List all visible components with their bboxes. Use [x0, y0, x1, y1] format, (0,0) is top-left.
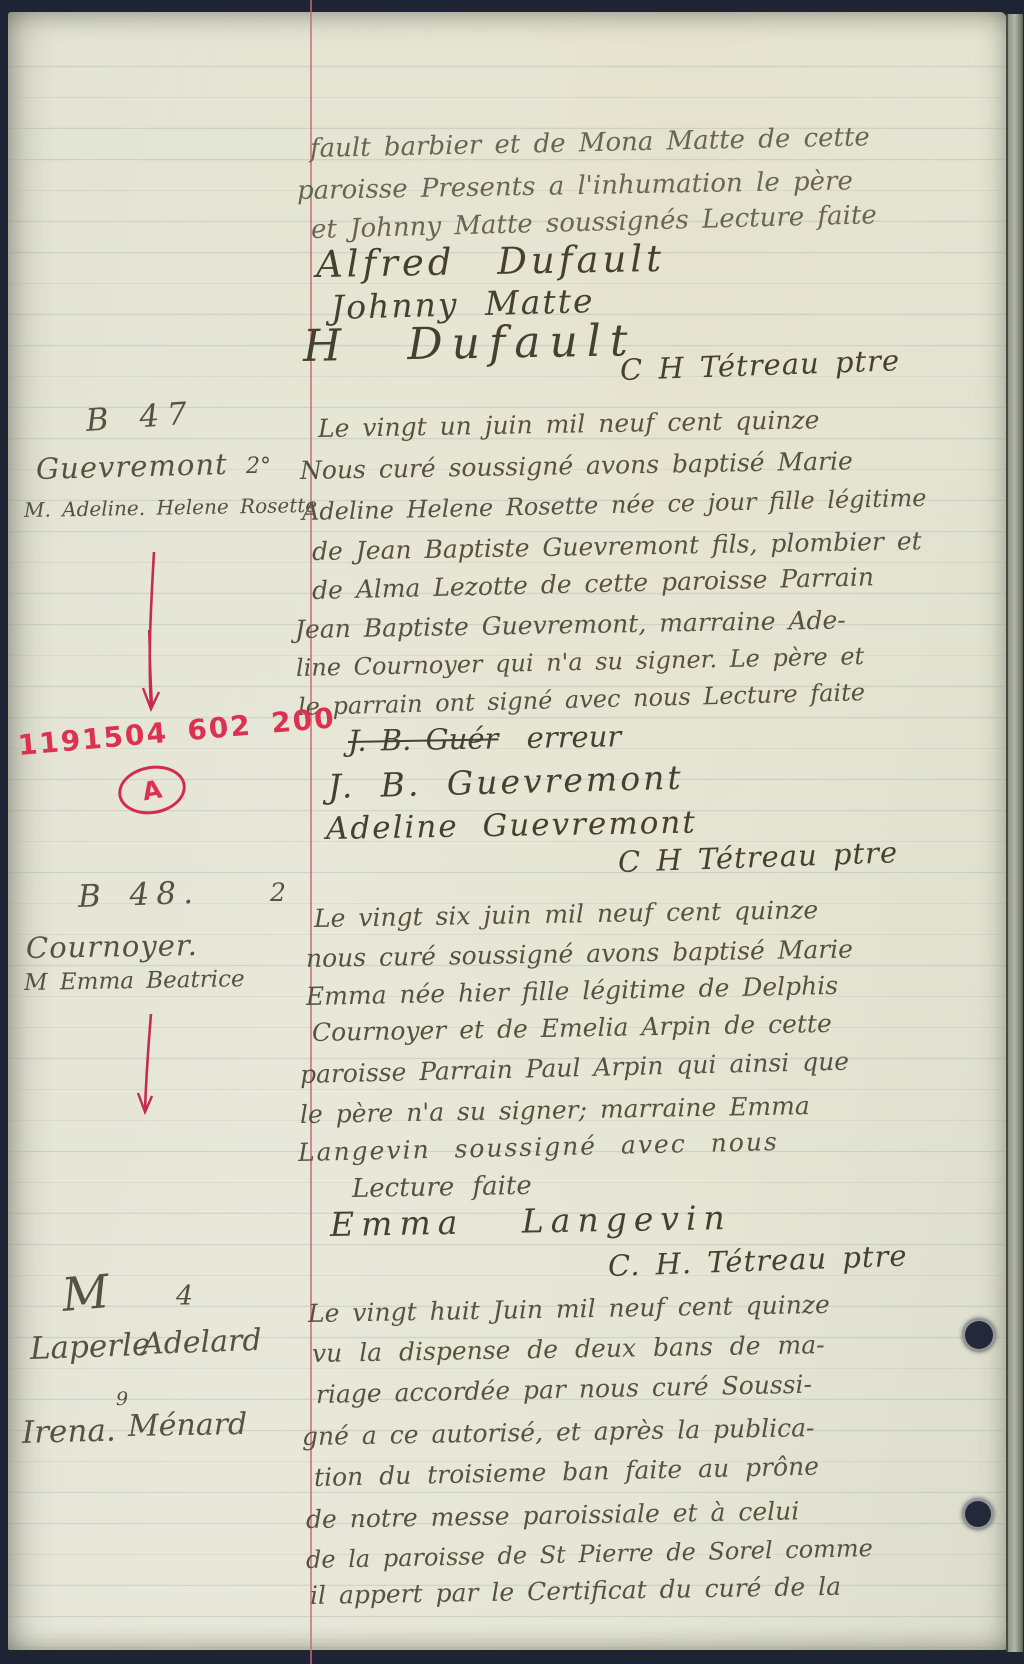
signature: H Dufault	[303, 319, 637, 369]
margin-given-names: M Emma Beatrice	[24, 968, 245, 995]
margin-note: 2	[270, 880, 286, 905]
punch-hole	[962, 1498, 994, 1530]
error-note: erreur	[526, 719, 621, 755]
signature: Adeline Guevremont	[326, 808, 697, 845]
signature: Emma Langevin	[330, 1201, 732, 1241]
record-line: Lecture faite	[352, 1173, 532, 1202]
margin-groom-given: Adelard	[141, 1326, 262, 1360]
signature: Alfred Dufault	[316, 240, 666, 283]
margin-given-names: M. Adeline. Helene Rosette	[24, 495, 318, 520]
margin-surname: Cournoyer.	[26, 931, 198, 963]
margin-groom-surname: Laperle	[29, 1330, 150, 1365]
margin-code: M	[60, 1268, 111, 1318]
margin-bride-surname: Ménard	[128, 1410, 248, 1442]
margin-bride-given: Irena.	[22, 1416, 116, 1449]
struck-name: J. B. Guér	[348, 721, 499, 758]
red-letter-a: A	[140, 774, 164, 806]
margin-note: 2°	[246, 456, 271, 478]
margin-surname: Guevremont	[36, 450, 228, 484]
margin-code: B 48.	[77, 878, 200, 913]
red-margin-rule	[310, 0, 312, 1664]
margin-mark: 9	[116, 1390, 128, 1409]
struck-signature: J. B. Guér erreur	[348, 722, 622, 756]
signature: J. B. Guevremont	[328, 761, 684, 803]
punch-hole	[962, 1318, 996, 1352]
margin-code: B 47	[85, 398, 196, 437]
photo-frame: fault barbier et de Mona Matte de cette …	[0, 0, 1024, 1664]
margin-number: 4	[176, 1283, 193, 1310]
page-edge	[1006, 14, 1023, 1652]
